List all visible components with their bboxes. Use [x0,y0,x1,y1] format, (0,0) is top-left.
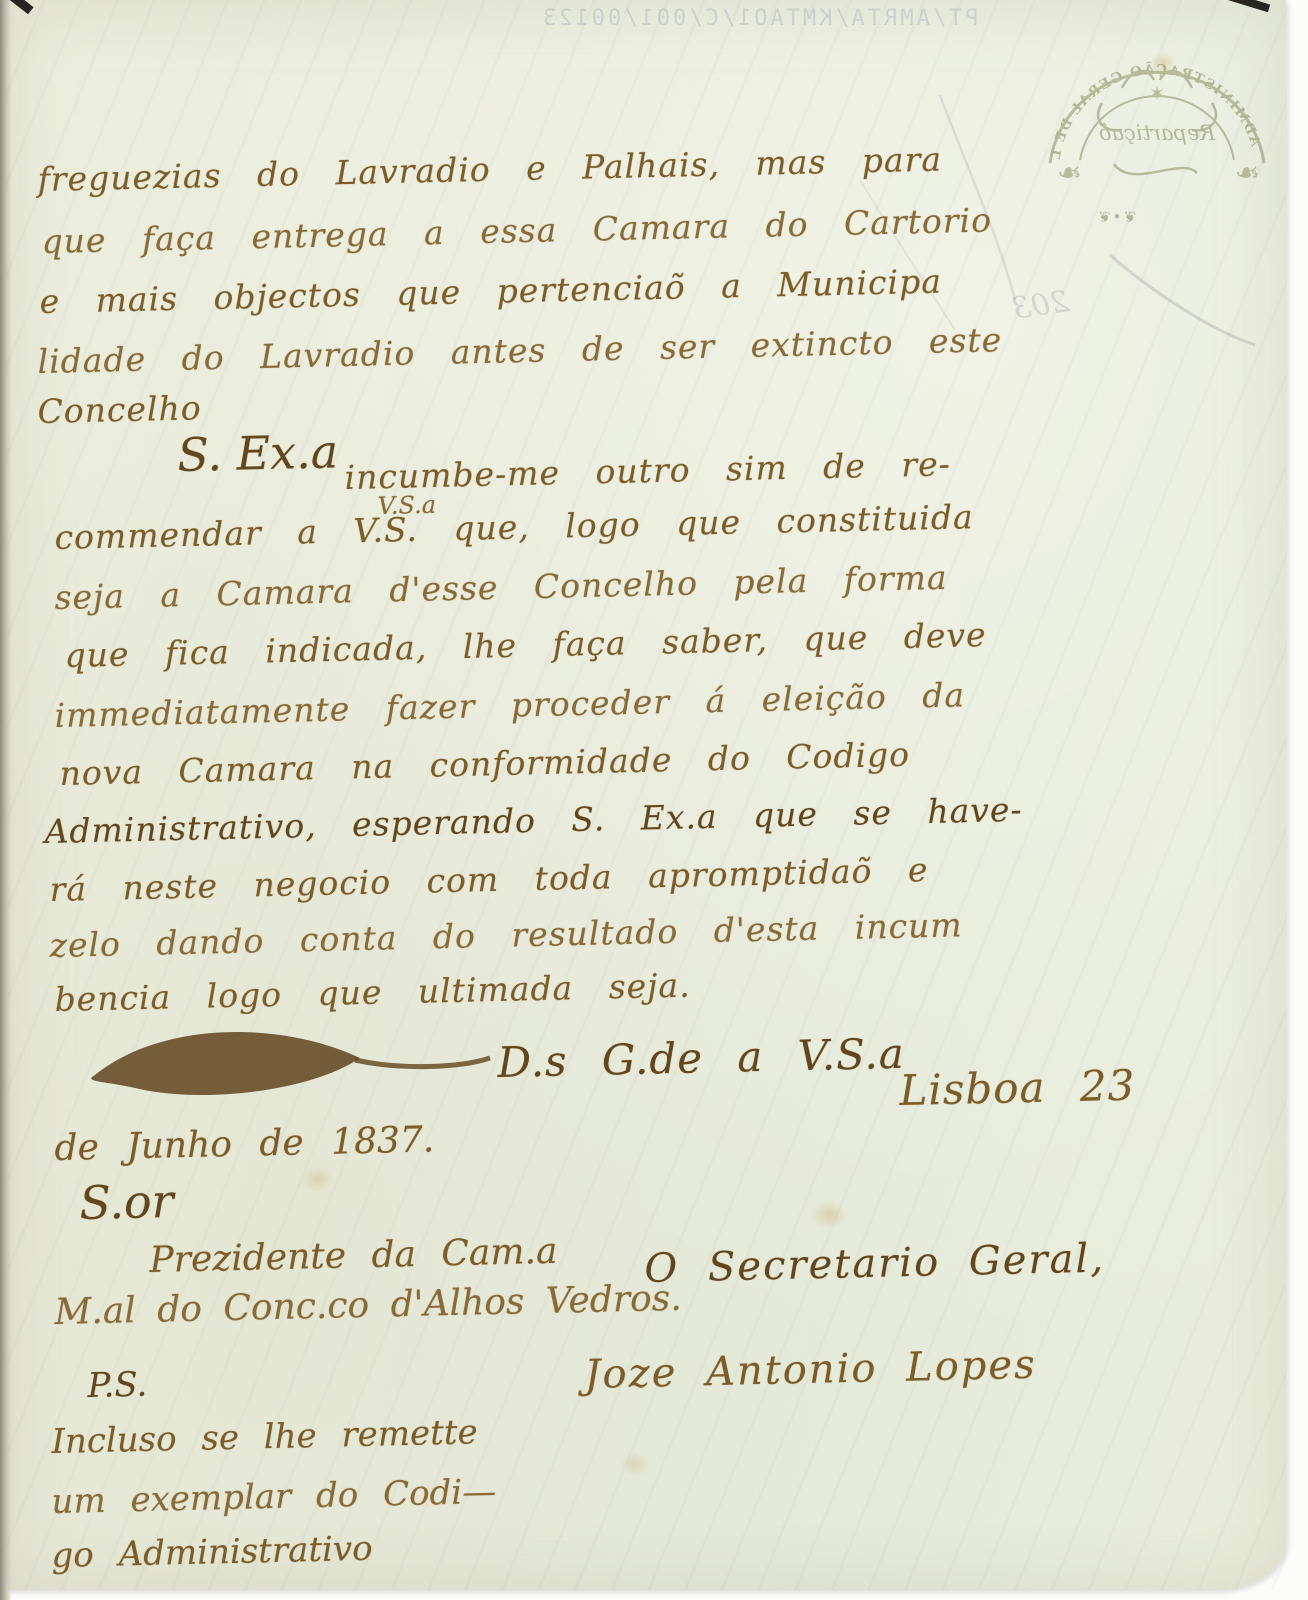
archival-reference-mirrored: PT/AMRTA/KMTAO1/C/001/00123 [540,6,979,31]
stamp-ornament-icon: ❦•❦ [1096,208,1136,226]
administration-stamp: ADMINISTRAÇÃO GERAL DE LISBOA ✶ Repartiç… [1032,8,1282,213]
scanned-manuscript-page: { "page": { "paper_color": "#e9ecdc", "i… [0,0,1308,1600]
date-line: de Junho de 1837. [54,1119,435,1169]
addressee-salutation: S.or [79,1174,174,1230]
stamp-crown-icon: ✶ [1149,81,1166,105]
postscript-line: go Administrativo [51,1529,373,1576]
postscript-label: P.S. [87,1365,148,1406]
valediction-abbrev: D.s G.de a V.S.a [497,1029,905,1087]
stamp-left-leaf-icon: ❧ [1235,156,1260,191]
honorific-abbrev: S. Ex.a [177,424,339,482]
torn-left-edge [0,0,12,1600]
place-and-day: Lisboa 23 [899,1061,1136,1115]
manuscript-line: Concelho [37,388,202,431]
stamp-right-leaf-icon: ❧ [1057,156,1082,191]
stamp-center-text: Repartiçaõ [1098,121,1216,145]
